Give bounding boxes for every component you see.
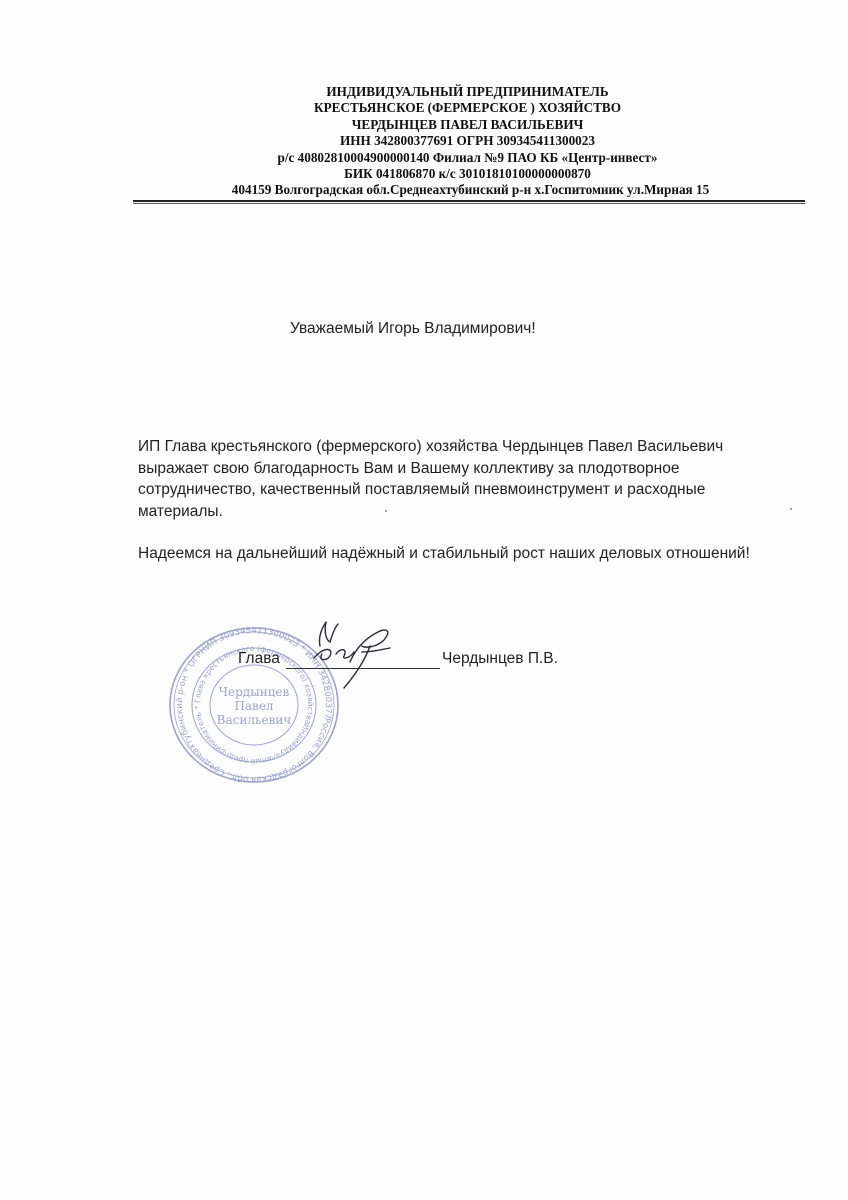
letterhead-bank-account: р/с 40802810004900000140 Филиал №9 ПАО К… — [130, 150, 805, 166]
stamp-center-line-1: Чердынцев — [219, 685, 290, 699]
signer-title: Глава — [238, 650, 280, 668]
body-line: материалы. — [138, 501, 818, 523]
letterhead-title: ИНДИВИДУАЛЬНЫЙ ПРЕДПРИНИМАТЕЛЬ — [130, 84, 805, 100]
letterhead-address: 404159 Волгоградская обл.Среднеахтубинск… — [130, 182, 805, 198]
letter-body: ИП Глава крестьянского (фермерского) хоз… — [138, 436, 818, 565]
body-paragraph-1: ИП Глава крестьянского (фермерского) хоз… — [138, 436, 818, 522]
stamp-center-line-3: Васильевич — [217, 713, 292, 727]
letterhead-owner-name: ЧЕРДЫНЦЕВ ПАВЕЛ ВАСИЛЬЕВИЧ — [130, 117, 805, 133]
letterhead-subtitle: КРЕСТЬЯНСКОЕ (ФЕРМЕРСКОЕ ) ХОЗЯЙСТВО — [130, 100, 805, 116]
letterhead-divider — [133, 200, 805, 202]
handwritten-signature — [300, 618, 410, 690]
body-paragraph-2: Надеемся на дальнейший надёжный и стабил… — [138, 543, 818, 565]
letter-page: ИНДИВИДУАЛЬНЫЙ ПРЕДПРИНИМАТЕЛЬ КРЕСТЬЯНС… — [0, 0, 848, 1200]
greeting: Уважаемый Игорь Владимирович! — [290, 320, 536, 338]
signature-line — [286, 668, 440, 669]
signer-name: Чердынцев П.В. — [442, 650, 558, 668]
letterhead: ИНДИВИДУАЛЬНЫЙ ПРЕДПРИНИМАТЕЛЬ КРЕСТЬЯНС… — [130, 84, 805, 199]
letterhead-bik: БИК 041806870 к/с 30101810100000000870 — [130, 166, 805, 182]
body-line: выражает свою благодарность Вам и Вашему… — [138, 458, 818, 480]
body-line: сотрудничество, качественный поставляемы… — [138, 479, 818, 501]
letterhead-divider-thin — [133, 203, 805, 204]
scan-speck — [790, 508, 792, 510]
body-line: ИП Глава крестьянского (фермерского) хоз… — [138, 436, 818, 458]
scan-speck — [385, 510, 387, 512]
stamp-center-line-2: Павел — [234, 699, 273, 713]
letterhead-tax-ids: ИНН 342800377691 ОГРН 309345411300023 — [130, 133, 805, 149]
